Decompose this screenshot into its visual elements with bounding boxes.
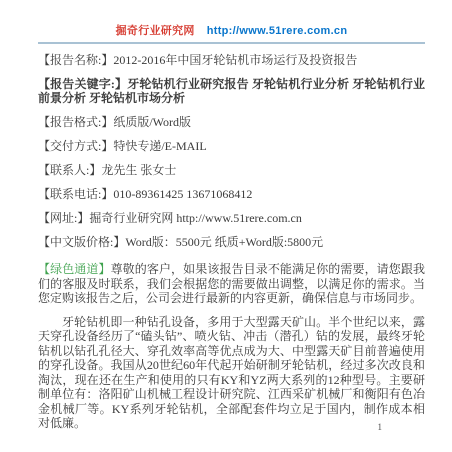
field-report-name: 【报告名称:】2012-2016年中国牙轮钻机市场运行及投资报告 (38, 53, 425, 67)
field-value: 龙先生 张女士 (101, 163, 176, 177)
field-price: 【中文版价格:】Word版：5500元 纸质+Word版:5800元 (38, 235, 425, 249)
field-label: 【中文版价格:】 (38, 235, 125, 249)
field-contact-person: 【联系人:】龙先生 张女士 (38, 163, 425, 177)
field-value: 纸质版/Word版 (113, 115, 191, 129)
page-header: 掘奇行业研究网http://www.51rere.com.cn (38, 22, 425, 38)
field-label: 【网址:】 (38, 211, 89, 225)
report-fields: 【报告名称:】2012-2016年中国牙轮钻机市场运行及投资报告 【报告关键字:… (38, 53, 425, 249)
green-channel-label: 【绿色通道】 (38, 262, 111, 276)
field-contact-phone: 【联系电话:】010-89361425 13671068412 (38, 187, 425, 201)
green-channel-paragraph: 【绿色通道】尊敬的客户，如果该报告目录不能满足你的需要，请您跟我们的客服及时联系… (38, 262, 425, 306)
field-website: 【网址:】掘奇行业研究网 http://www.51rere.com.cn (38, 211, 425, 225)
site-name: 掘奇行业研究网 (116, 25, 195, 37)
field-delivery-method: 【交付方式:】特快专递/E-MAIL (38, 139, 425, 153)
field-report-keywords: 【报告关键字:】牙轮钻机行业研究报告 牙轮钻机行业分析 牙轮钻机行业前景分析 牙… (38, 77, 425, 105)
page-number: 1 (378, 422, 383, 432)
field-label: 【联系电话:】 (38, 187, 113, 201)
field-value: 掘奇行业研究网 http://www.51rere.com.cn (89, 211, 302, 225)
header-divider (38, 42, 425, 44)
field-label: 【交付方式:】 (38, 139, 113, 153)
field-report-format: 【报告格式:】纸质版/Word版 (38, 115, 425, 129)
document-page: 掘奇行业研究网http://www.51rere.com.cn 【报告名称:】2… (0, 0, 452, 452)
field-label: 【报告关键字:】 (38, 77, 127, 91)
field-value: 010-89361425 13671068412 (113, 187, 252, 201)
field-value: 特快专递/E-MAIL (113, 139, 206, 153)
field-value: 2012-2016年中国牙轮钻机市场运行及投资报告 (113, 53, 357, 67)
field-label: 【报告格式:】 (38, 115, 113, 129)
page-content: 掘奇行业研究网http://www.51rere.com.cn 【报告名称:】2… (0, 0, 452, 431)
introduction-paragraph: 牙轮钻机即一种钻孔设备，多用于大型露天矿山。半个世纪以来，露天穿孔设备经历了“磕… (38, 315, 425, 431)
field-value: Word版：5500元 纸质+Word版:5800元 (125, 235, 323, 249)
field-label: 【联系人:】 (38, 163, 101, 177)
field-label: 【报告名称:】 (38, 53, 113, 67)
site-url-link[interactable]: http://www.51rere.com.cn (207, 25, 348, 37)
